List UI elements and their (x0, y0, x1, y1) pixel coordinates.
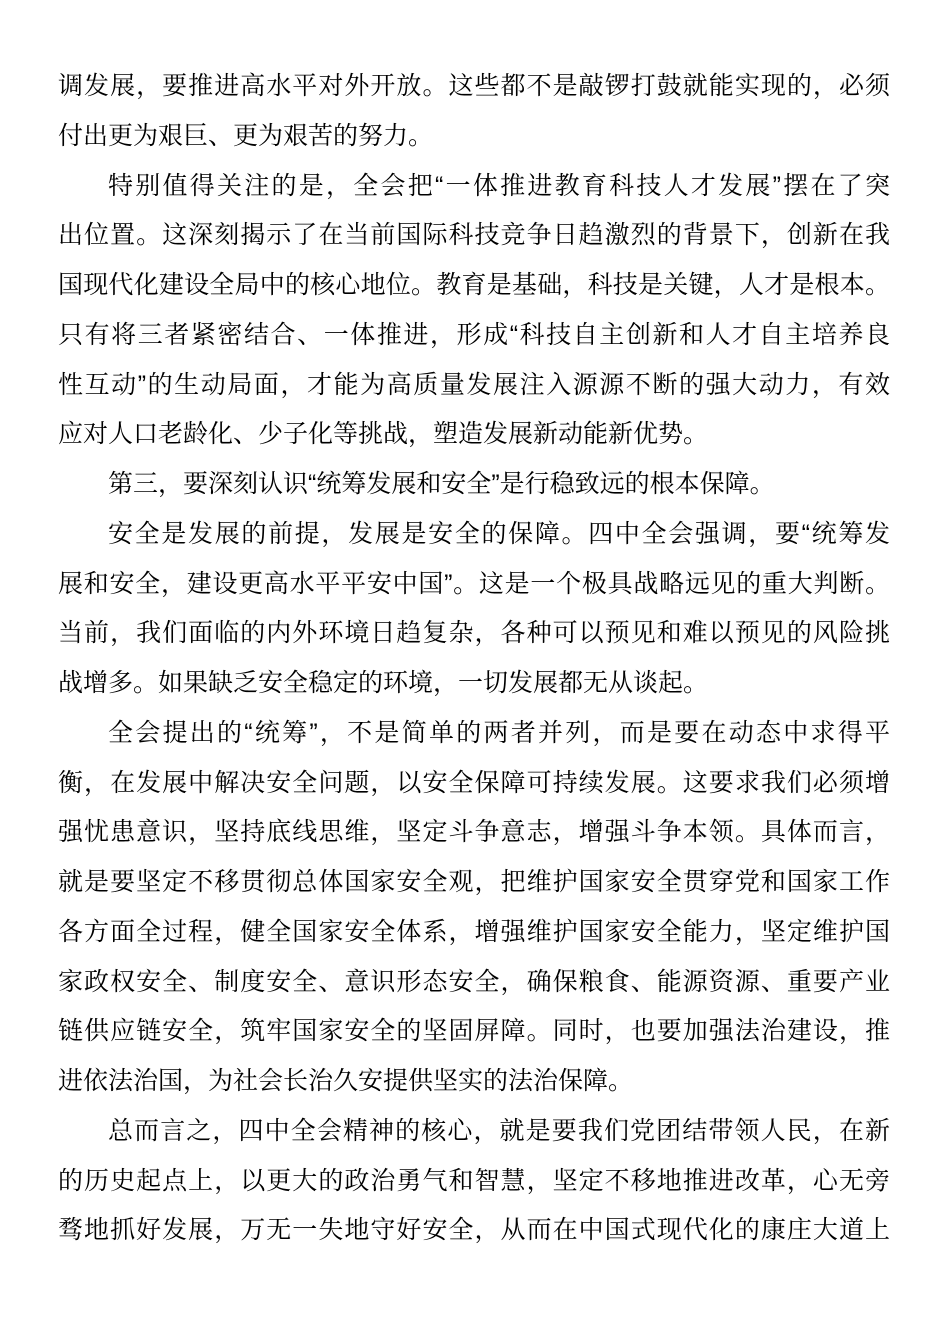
text-line: 总而言之，四中全会精神的核心，就是要我们党团结带领人民，在新 (58, 1107, 890, 1157)
text-line: 国现代化建设全局中的核心地位。教育是基础，科技是关键，人才是根本。 (58, 261, 890, 311)
text-line: 家政权安全、制度安全、意识形态安全，确保粮食、能源资源、重要产业 (58, 958, 890, 1008)
text-line: 展和安全，建设更高水平平安中国”。这是一个极具战略远见的重大判断。 (58, 560, 890, 610)
text-line: 性互动”的生动局面，才能为高质量发展注入源源不断的强大动力，有效 (58, 361, 890, 411)
document-body: 调发展，要推进高水平对外开放。这些都不是敲锣打鼓就能实现的，必须付出更为艰巨、更… (58, 62, 890, 1256)
text-line: 各方面全过程，健全国家安全体系，增强维护国家安全能力，坚定维护国 (58, 908, 890, 958)
text-line: 特别值得关注的是，全会把“一体推进教育科技人才发展”摆在了突 (58, 162, 890, 212)
text-line: 付出更为艰巨、更为艰苦的努力。 (58, 112, 890, 162)
paragraph: 调发展，要推进高水平对外开放。这些都不是敲锣打鼓就能实现的，必须付出更为艰巨、更… (58, 62, 890, 162)
text-line: 出位置。这深刻揭示了在当前国际科技竞争日趋激烈的背景下，创新在我 (58, 211, 890, 261)
paragraph: 第三，要深刻认识“统筹发展和安全”是行稳致远的根本保障。 (58, 460, 890, 510)
text-line: 的历史起点上，以更大的政治勇气和智慧，坚定不移地推进改革，心无旁 (58, 1157, 890, 1207)
text-line: 强忧患意识，坚持底线思维，坚定斗争意志，增强斗争本领。具体而言， (58, 808, 890, 858)
text-line: 全会提出的“统筹”，不是简单的两者并列，而是要在动态中求得平 (58, 709, 890, 759)
paragraph: 全会提出的“统筹”，不是简单的两者并列，而是要在动态中求得平衡，在发展中解决安全… (58, 709, 890, 1107)
text-line: 应对人口老龄化、少子化等挑战，塑造发展新动能新优势。 (58, 410, 890, 460)
text-line: 进依法治国，为社会长治久安提供坚实的法治保障。 (58, 1057, 890, 1107)
text-line: 调发展，要推进高水平对外开放。这些都不是敲锣打鼓就能实现的，必须 (58, 62, 890, 112)
paragraph: 安全是发展的前提，发展是安全的保障。四中全会强调，要“统筹发展和安全，建设更高水… (58, 510, 890, 709)
text-line: 衡，在发展中解决安全问题，以安全保障可持续发展。这要求我们必须增 (58, 759, 890, 809)
paragraph: 特别值得关注的是，全会把“一体推进教育科技人才发展”摆在了突出位置。这深刻揭示了… (58, 162, 890, 461)
text-line: 安全是发展的前提，发展是安全的保障。四中全会强调，要“统筹发 (58, 510, 890, 560)
document-page: { "page": { "background_color": "#ffffff… (0, 0, 950, 1344)
text-line: 只有将三者紧密结合、一体推进，形成“科技自主创新和人才自主培养良 (58, 311, 890, 361)
text-line: 战增多。如果缺乏安全稳定的环境，一切发展都无从谈起。 (58, 659, 890, 709)
text-line: 当前，我们面临的内外环境日趋复杂，各种可以预见和难以预见的风险挑 (58, 609, 890, 659)
text-line: 链供应链安全，筑牢国家安全的坚固屏障。同时，也要加强法治建设，推 (58, 1007, 890, 1057)
document-page-margin: 调发展，要推进高水平对外开放。这些都不是敲锣打鼓就能实现的，必须付出更为艰巨、更… (0, 0, 950, 1344)
text-line: 第三，要深刻认识“统筹发展和安全”是行稳致远的根本保障。 (58, 460, 890, 510)
text-line: 骛地抓好发展，万无一失地守好安全，从而在中国式现代化的康庄大道上 (58, 1206, 890, 1256)
paragraph: 总而言之，四中全会精神的核心，就是要我们党团结带领人民，在新的历史起点上，以更大… (58, 1107, 890, 1256)
text-line: 就是要坚定不移贯彻总体国家安全观，把维护国家安全贯穿党和国家工作 (58, 858, 890, 908)
